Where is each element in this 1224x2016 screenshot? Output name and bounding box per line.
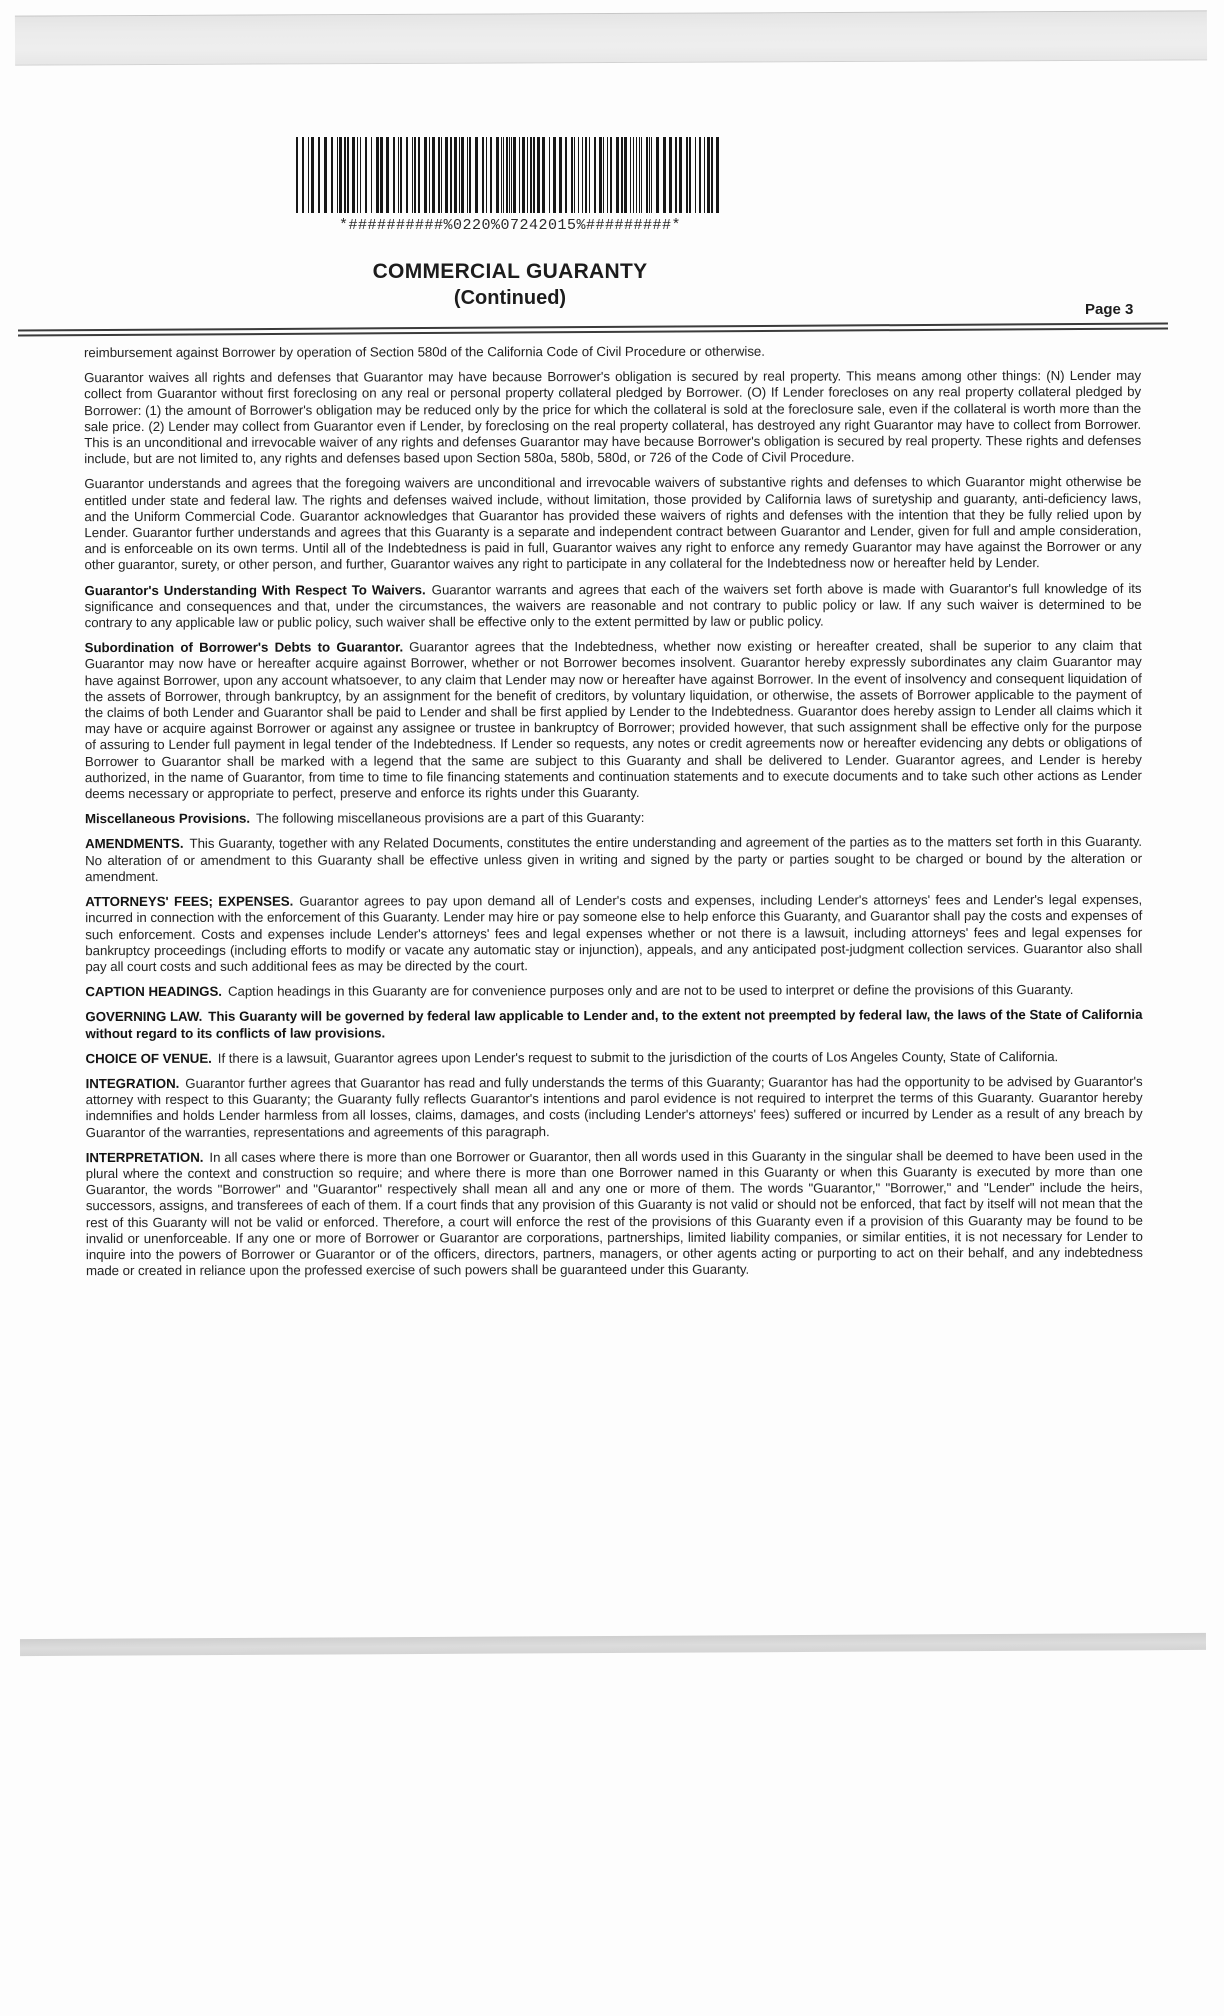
paragraph-amendments: AMENDMENTS.This Guaranty, together with … [85,834,1142,885]
heading-choice-of-venue: CHOICE OF VENUE. [85,1051,211,1066]
heading-subordination: Subordination of Borrower's Debts to Gua… [85,640,403,656]
paragraph-miscellaneous: Miscellaneous Provisions.The following m… [85,809,1142,827]
scanner-artifact-bar-bottom [20,1633,1206,1656]
scanned-document-page: *##########%0220%07242015%#########* COM… [0,0,1224,2016]
paragraph-caption-headings: CAPTION HEADINGS.Caption headings in thi… [85,982,1142,1000]
page-number: Page 3 [1085,301,1133,318]
paragraph-subordination: Subordination of Borrower's Debts to Gua… [85,638,1142,802]
document-title: COMMERCIAL GUARANTY [0,260,1020,284]
paragraph-governing-law: GOVERNING LAW.This Guaranty will be gove… [85,1007,1142,1042]
paragraph-integration: INTEGRATION.Guarantor further agrees tha… [86,1074,1143,1141]
header-divider-rule [18,322,1168,336]
paragraph-foregoing-waivers: Guarantor understands and agrees that th… [84,474,1141,573]
paragraph-continuation: reimbursement against Borrower by operat… [84,343,1141,361]
heading-governing-law: GOVERNING LAW. [85,1009,202,1024]
paragraph-interpretation: INTERPRETATION.In all cases where there … [86,1148,1143,1280]
heading-miscellaneous: Miscellaneous Provisions. [85,811,250,826]
document-subtitle: (Continued) [0,287,1020,310]
document-body: reimbursement against Borrower by operat… [84,343,1143,1289]
paragraph-choice-of-venue: CHOICE OF VENUE.If there is a lawsuit, G… [85,1049,1142,1067]
heading-attorneys-fees: ATTORNEYS' FEES; EXPENSES. [85,894,293,909]
heading-interpretation: INTERPRETATION. [86,1150,204,1165]
heading-understanding-waivers: Guarantor's Understanding With Respect T… [85,582,426,598]
paragraph-understanding-waivers: Guarantor's Understanding With Respect T… [85,581,1142,632]
heading-caption-headings: CAPTION HEADINGS. [85,984,222,999]
barcode [296,137,724,213]
paragraph-attorneys-fees: ATTORNEYS' FEES; EXPENSES.Guarantor agre… [85,892,1142,975]
heading-integration: INTEGRATION. [86,1076,180,1091]
paragraph-waiver-real-property: Guarantor waives all rights and defenses… [84,368,1141,467]
heading-amendments: AMENDMENTS. [85,836,183,851]
barcode-text: *##########%0220%07242015%#########* [0,217,1020,234]
scanner-artifact-bar-top [15,10,1207,65]
